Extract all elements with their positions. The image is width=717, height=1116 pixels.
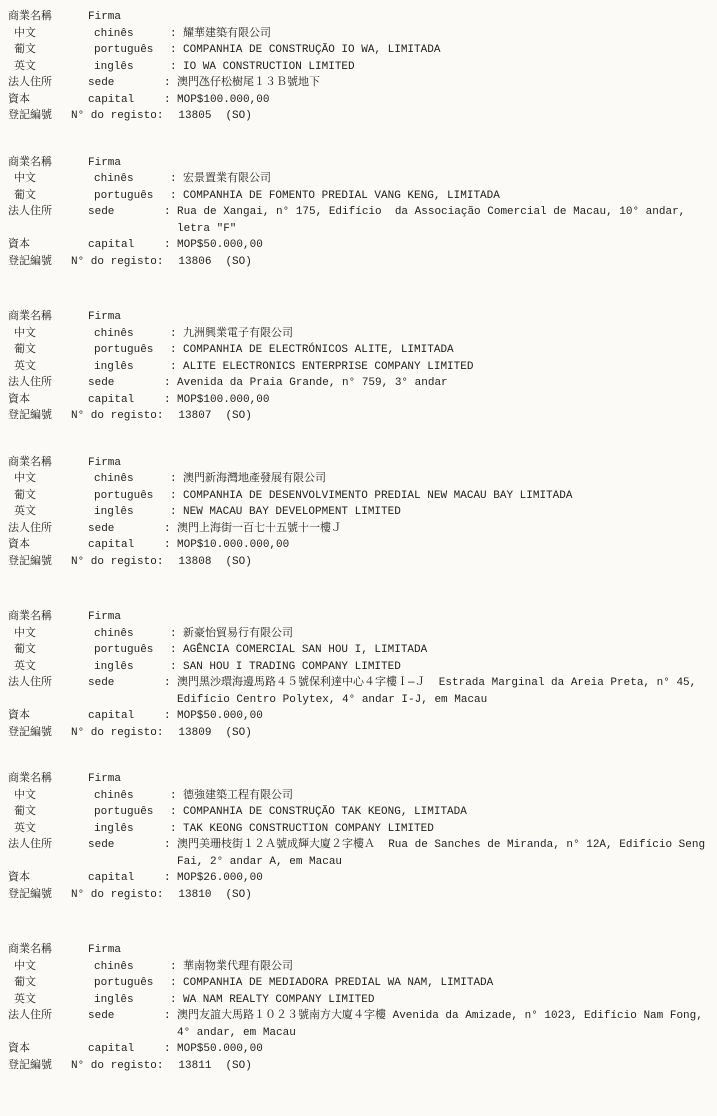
value-portuguese-name: COMPANHIA DE CONSTRUÇÃO IO WA, LIMITADA (183, 42, 711, 59)
field-label-zh: 法人住所 (8, 75, 88, 92)
field-label-pt: capital (88, 237, 164, 254)
field-label-zh: 葡文 (8, 342, 94, 359)
field-label-pt: sede (88, 675, 164, 692)
entry-header-zh: 商業名稱 (8, 9, 88, 26)
value-chinese-name: 德強建築工程有限公司 (183, 788, 711, 805)
row-english-name: 英文 inglês : TAK KEONG CONSTRUCTION COMPA… (8, 821, 711, 838)
field-label-zh: 資本 (8, 537, 88, 554)
registration-label-pt: N° do registo: (71, 1058, 163, 1075)
row-registration: 登記編號 N° do registo: 13809 (SO) (8, 725, 711, 742)
field-label-pt: capital (88, 92, 164, 109)
field-label-pt: chinês (94, 788, 170, 805)
registration-number: 13809 (178, 725, 211, 742)
registration-number: 13805 (178, 108, 211, 125)
row-capital: 資本 capital : MOP$50.000,00 (8, 237, 711, 254)
field-label-pt: chinês (94, 171, 170, 188)
field-label-pt: português (94, 188, 170, 205)
registration-note: (SO) (225, 1058, 251, 1075)
value-chinese-name: 新豪怡貿易行有限公司 (183, 626, 711, 643)
row-portuguese-name: 葡文 português : COMPANHIA DE FOMENTO PRED… (8, 188, 711, 205)
entry-header-zh: 商業名稱 (8, 771, 88, 788)
colon-separator: : (164, 537, 177, 554)
entry-header-pt: Firma (88, 155, 164, 172)
colon-separator: : (170, 326, 183, 343)
field-label-pt: inglês (94, 821, 170, 838)
field-label-zh: 葡文 (8, 42, 94, 59)
field-label-zh: 中文 (8, 171, 94, 188)
value-portuguese-name: COMPANHIA DE CONSTRUÇÃO TAK KEONG, LIMIT… (183, 804, 711, 821)
entry-header-row: 商業名稱 Firma (8, 455, 711, 472)
row-chinese-name: 中文 chinês : 宏景置業有限公司 (8, 171, 711, 188)
registry-page: 商業名稱 Firma 中文 chinês : 耀華建築有限公司 葡文 portu… (0, 0, 717, 1116)
row-capital: 資本 capital : MOP$50.000,00 (8, 1041, 711, 1058)
row-address: 法人住所 sede : Avenida da Praia Grande, n° … (8, 375, 711, 392)
registration-label-pt: N° do registo: (71, 108, 163, 125)
value-capital: MOP$50.000,00 (177, 708, 711, 725)
field-label-zh: 英文 (8, 359, 94, 376)
colon-separator: : (164, 375, 177, 392)
field-label-zh: 法人住所 (8, 675, 88, 692)
row-portuguese-name: 葡文 português : COMPANHIA DE MEDIADORA PR… (8, 975, 711, 992)
value-chinese-name: 華南物業代理有限公司 (183, 959, 711, 976)
field-label-pt: chinês (94, 471, 170, 488)
colon-separator: : (164, 237, 177, 254)
row-registration: 登記編號 N° do registo: 13811 (SO) (8, 1058, 711, 1075)
colon-separator: : (170, 488, 183, 505)
registration-note: (SO) (225, 108, 251, 125)
field-label-zh: 英文 (8, 659, 94, 676)
field-label-zh: 中文 (8, 471, 94, 488)
colon-separator: : (164, 521, 177, 538)
registration-label-zh: 登記編號 (8, 1058, 71, 1075)
colon-separator: : (164, 708, 177, 725)
field-label-pt: português (94, 342, 170, 359)
entry-header-row: 商業名稱 Firma (8, 9, 711, 26)
field-label-zh: 英文 (8, 59, 94, 76)
value-portuguese-name: COMPANHIA DE FOMENTO PREDIAL VANG KENG, … (183, 188, 711, 205)
row-registration: 登記編號 N° do registo: 13806 (SO) (8, 254, 711, 271)
entry-header-row: 商業名稱 Firma (8, 771, 711, 788)
row-portuguese-name: 葡文 português : AGÊNCIA COMERCIAL SAN HOU… (8, 642, 711, 659)
entry-header-zh: 商業名稱 (8, 942, 88, 959)
colon-separator: : (170, 471, 183, 488)
row-chinese-name: 中文 chinês : 華南物業代理有限公司 (8, 959, 711, 976)
value-address: Avenida da Praia Grande, n° 759, 3° anda… (177, 375, 711, 392)
value-chinese-name: 澳門新海灣地產發展有限公司 (183, 471, 711, 488)
field-label-pt: português (94, 488, 170, 505)
row-registration: 登記編號 N° do registo: 13807 (SO) (8, 408, 711, 425)
colon-separator: : (170, 26, 183, 43)
registry-entry: 商業名稱 Firma 中文 chinês : 新豪怡貿易行有限公司 葡文 por… (8, 609, 711, 741)
field-label-pt: chinês (94, 626, 170, 643)
colon-separator: : (170, 659, 183, 676)
registration-number: 13808 (178, 554, 211, 571)
row-registration: 登記編號 N° do registo: 13808 (SO) (8, 554, 711, 571)
field-label-zh: 英文 (8, 821, 94, 838)
field-label-zh: 資本 (8, 870, 88, 887)
value-portuguese-name: COMPANHIA DE DESENVOLVIMENTO PREDIAL NEW… (183, 488, 711, 505)
colon-separator: : (170, 626, 183, 643)
registration-label-pt: N° do registo: (71, 408, 163, 425)
registration-note: (SO) (225, 408, 251, 425)
row-english-name: 英文 inglês : ALITE ELECTRONICS ENTERPRISE… (8, 359, 711, 376)
field-label-zh: 資本 (8, 708, 88, 725)
colon-separator: : (164, 870, 177, 887)
value-capital: MOP$100.000,00 (177, 392, 711, 409)
colon-separator: : (170, 804, 183, 821)
field-label-zh: 中文 (8, 788, 94, 805)
value-portuguese-name: COMPANHIA DE MEDIADORA PREDIAL WA NAM, L… (183, 975, 711, 992)
field-label-pt: sede (88, 375, 164, 392)
entry-header-row: 商業名稱 Firma (8, 155, 711, 172)
registration-number: 13811 (178, 1058, 211, 1075)
colon-separator: : (164, 675, 177, 692)
field-label-zh: 法人住所 (8, 375, 88, 392)
entry-header-zh: 商業名稱 (8, 455, 88, 472)
value-address: Rua de Xangai, n° 175, Edifício da Assoc… (177, 204, 711, 237)
registration-number: 13807 (178, 408, 211, 425)
entry-header-pt: Firma (88, 771, 164, 788)
field-label-pt: sede (88, 837, 164, 854)
field-label-pt: chinês (94, 959, 170, 976)
row-registration: 登記編號 N° do registo: 13810 (SO) (8, 887, 711, 904)
registration-label-pt: N° do registo: (71, 254, 163, 271)
field-label-zh: 中文 (8, 626, 94, 643)
field-label-pt: capital (88, 708, 164, 725)
field-label-pt: português (94, 975, 170, 992)
field-label-zh: 法人住所 (8, 1008, 88, 1025)
row-capital: 資本 capital : MOP$50.000,00 (8, 708, 711, 725)
colon-separator: : (164, 392, 177, 409)
value-english-name: TAK KEONG CONSTRUCTION COMPANY LIMITED (183, 821, 711, 838)
registration-note: (SO) (225, 254, 251, 271)
field-label-pt: chinês (94, 326, 170, 343)
field-label-pt: capital (88, 870, 164, 887)
registration-label-zh: 登記編號 (8, 887, 71, 904)
row-chinese-name: 中文 chinês : 澳門新海灣地產發展有限公司 (8, 471, 711, 488)
value-chinese-name: 宏景置業有限公司 (183, 171, 711, 188)
field-label-pt: português (94, 42, 170, 59)
row-chinese-name: 中文 chinês : 九洲興業電子有限公司 (8, 326, 711, 343)
registry-entry: 商業名稱 Firma 中文 chinês : 德強建築工程有限公司 葡文 por… (8, 771, 711, 903)
field-label-pt: sede (88, 1008, 164, 1025)
field-label-zh: 資本 (8, 392, 88, 409)
colon-separator: : (170, 821, 183, 838)
field-label-pt: inglês (94, 59, 170, 76)
row-capital: 資本 capital : MOP$10.000.000,00 (8, 537, 711, 554)
colon-separator: : (164, 204, 177, 221)
colon-separator: : (170, 959, 183, 976)
value-address: 澳門上海街一百七十五號十一樓Ｊ (177, 521, 711, 538)
field-label-zh: 資本 (8, 237, 88, 254)
registration-number: 13810 (178, 887, 211, 904)
value-english-name: SAN HOU I TRADING COMPANY LIMITED (183, 659, 711, 676)
field-label-pt: capital (88, 392, 164, 409)
field-label-zh: 資本 (8, 1041, 88, 1058)
entry-header-pt: Firma (88, 9, 164, 26)
registration-label-zh: 登記編號 (8, 108, 71, 125)
colon-separator: : (164, 92, 177, 109)
registration-label-zh: 登記編號 (8, 554, 71, 571)
row-portuguese-name: 葡文 português : COMPANHIA DE DESENVOLVIME… (8, 488, 711, 505)
entry-header-pt: Firma (88, 455, 164, 472)
row-portuguese-name: 葡文 português : COMPANHIA DE CONSTRUÇÃO I… (8, 42, 711, 59)
entry-header-row: 商業名稱 Firma (8, 942, 711, 959)
value-english-name: ALITE ELECTRONICS ENTERPRISE COMPANY LIM… (183, 359, 711, 376)
value-english-name: NEW MACAU BAY DEVELOPMENT LIMITED (183, 504, 711, 521)
colon-separator: : (170, 171, 183, 188)
value-portuguese-name: AGÊNCIA COMERCIAL SAN HOU I, LIMITADA (183, 642, 711, 659)
registration-label-zh: 登記編號 (8, 725, 71, 742)
field-label-pt: inglês (94, 659, 170, 676)
row-capital: 資本 capital : MOP$26.000,00 (8, 870, 711, 887)
row-portuguese-name: 葡文 português : COMPANHIA DE ELECTRÓNICOS… (8, 342, 711, 359)
registration-number: 13806 (178, 254, 211, 271)
colon-separator: : (170, 504, 183, 521)
field-label-zh: 中文 (8, 959, 94, 976)
entry-header-zh: 商業名稱 (8, 155, 88, 172)
value-address: 澳門美珊枝街１２Ａ號成輝大廈２字樓Ａ Rua de Sanches de Mir… (177, 837, 711, 870)
registration-label-pt: N° do registo: (71, 725, 163, 742)
field-label-zh: 中文 (8, 326, 94, 343)
colon-separator: : (170, 788, 183, 805)
row-address: 法人住所 sede : 澳門友誼大馬路１０２３號南方大廈４字樓 Avenida … (8, 1008, 711, 1041)
field-label-zh: 法人住所 (8, 521, 88, 538)
colon-separator: : (170, 42, 183, 59)
row-english-name: 英文 inglês : NEW MACAU BAY DEVELOPMENT LI… (8, 504, 711, 521)
entry-header-pt: Firma (88, 309, 164, 326)
colon-separator: : (164, 837, 177, 854)
field-label-zh: 中文 (8, 26, 94, 43)
field-label-pt: inglês (94, 504, 170, 521)
registry-entry: 商業名稱 Firma 中文 chinês : 耀華建築有限公司 葡文 portu… (8, 9, 711, 125)
entry-header-row: 商業名稱 Firma (8, 609, 711, 626)
field-label-pt: inglês (94, 359, 170, 376)
registration-label-pt: N° do registo: (71, 554, 163, 571)
registry-entry: 商業名稱 Firma 中文 chinês : 九洲興業電子有限公司 葡文 por… (8, 309, 711, 425)
entry-header-row: 商業名稱 Firma (8, 309, 711, 326)
row-registration: 登記編號 N° do registo: 13805 (SO) (8, 108, 711, 125)
value-portuguese-name: COMPANHIA DE ELECTRÓNICOS ALITE, LIMITAD… (183, 342, 711, 359)
row-chinese-name: 中文 chinês : 新豪怡貿易行有限公司 (8, 626, 711, 643)
colon-separator: : (164, 75, 177, 92)
value-address: 澳門黑沙環海邊馬路４５號保利達中心４字樓Ｉ—Ｊ Estrada Marginal… (177, 675, 711, 708)
field-label-zh: 英文 (8, 504, 94, 521)
field-label-zh: 葡文 (8, 188, 94, 205)
value-capital: MOP$100.000,00 (177, 92, 711, 109)
colon-separator: : (170, 975, 183, 992)
value-chinese-name: 耀華建築有限公司 (183, 26, 711, 43)
field-label-zh: 法人住所 (8, 204, 88, 221)
field-label-pt: inglês (94, 992, 170, 1009)
colon-separator: : (164, 1041, 177, 1058)
field-label-pt: português (94, 804, 170, 821)
row-english-name: 英文 inglês : WA NAM REALTY COMPANY LIMITE… (8, 992, 711, 1009)
field-label-zh: 法人住所 (8, 837, 88, 854)
field-label-pt: sede (88, 204, 164, 221)
entry-header-zh: 商業名稱 (8, 309, 88, 326)
colon-separator: : (170, 642, 183, 659)
colon-separator: : (170, 342, 183, 359)
entry-header-pt: Firma (88, 609, 164, 626)
field-label-zh: 葡文 (8, 642, 94, 659)
row-address: 法人住所 sede : Rua de Xangai, n° 175, Edifí… (8, 204, 711, 237)
registration-note: (SO) (225, 887, 251, 904)
row-english-name: 英文 inglês : SAN HOU I TRADING COMPANY LI… (8, 659, 711, 676)
row-address: 法人住所 sede : 澳門氹仔松樹尾１３Ｂ號地下 (8, 75, 711, 92)
field-label-zh: 葡文 (8, 804, 94, 821)
value-english-name: IO WA CONSTRUCTION LIMITED (183, 59, 711, 76)
registration-note: (SO) (225, 725, 251, 742)
field-label-pt: capital (88, 537, 164, 554)
row-portuguese-name: 葡文 português : COMPANHIA DE CONSTRUÇÃO T… (8, 804, 711, 821)
row-chinese-name: 中文 chinês : 耀華建築有限公司 (8, 26, 711, 43)
field-label-pt: português (94, 642, 170, 659)
value-chinese-name: 九洲興業電子有限公司 (183, 326, 711, 343)
registry-entry: 商業名稱 Firma 中文 chinês : 宏景置業有限公司 葡文 portu… (8, 155, 711, 271)
colon-separator: : (170, 59, 183, 76)
row-address: 法人住所 sede : 澳門美珊枝街１２Ａ號成輝大廈２字樓Ａ Rua de Sa… (8, 837, 711, 870)
row-capital: 資本 capital : MOP$100.000,00 (8, 92, 711, 109)
colon-separator: : (170, 188, 183, 205)
row-address: 法人住所 sede : 澳門黑沙環海邊馬路４５號保利達中心４字樓Ｉ—Ｊ Estr… (8, 675, 711, 708)
row-capital: 資本 capital : MOP$100.000,00 (8, 392, 711, 409)
registry-entry: 商業名稱 Firma 中文 chinês : 澳門新海灣地產發展有限公司 葡文 … (8, 455, 711, 571)
registration-note: (SO) (225, 554, 251, 571)
value-english-name: WA NAM REALTY COMPANY LIMITED (183, 992, 711, 1009)
field-label-zh: 資本 (8, 92, 88, 109)
value-capital: MOP$26.000,00 (177, 870, 711, 887)
field-label-zh: 葡文 (8, 975, 94, 992)
colon-separator: : (170, 359, 183, 376)
colon-separator: : (170, 992, 183, 1009)
field-label-zh: 英文 (8, 992, 94, 1009)
row-english-name: 英文 inglês : IO WA CONSTRUCTION LIMITED (8, 59, 711, 76)
row-chinese-name: 中文 chinês : 德強建築工程有限公司 (8, 788, 711, 805)
value-capital: MOP$10.000.000,00 (177, 537, 711, 554)
field-label-pt: sede (88, 521, 164, 538)
registration-label-zh: 登記編號 (8, 408, 71, 425)
value-address: 澳門友誼大馬路１０２３號南方大廈４字樓 Avenida da Amizade, … (177, 1008, 711, 1041)
field-label-zh: 葡文 (8, 488, 94, 505)
field-label-pt: capital (88, 1041, 164, 1058)
entry-header-zh: 商業名稱 (8, 609, 88, 626)
value-capital: MOP$50.000,00 (177, 1041, 711, 1058)
entry-header-pt: Firma (88, 942, 164, 959)
registration-label-zh: 登記編號 (8, 254, 71, 271)
registration-label-pt: N° do registo: (71, 887, 163, 904)
row-address: 法人住所 sede : 澳門上海街一百七十五號十一樓Ｊ (8, 521, 711, 538)
value-capital: MOP$50.000,00 (177, 237, 711, 254)
value-address: 澳門氹仔松樹尾１３Ｂ號地下 (177, 75, 711, 92)
colon-separator: : (164, 1008, 177, 1025)
field-label-pt: sede (88, 75, 164, 92)
field-label-pt: chinês (94, 26, 170, 43)
registry-entry: 商業名稱 Firma 中文 chinês : 華南物業代理有限公司 葡文 por… (8, 942, 711, 1074)
